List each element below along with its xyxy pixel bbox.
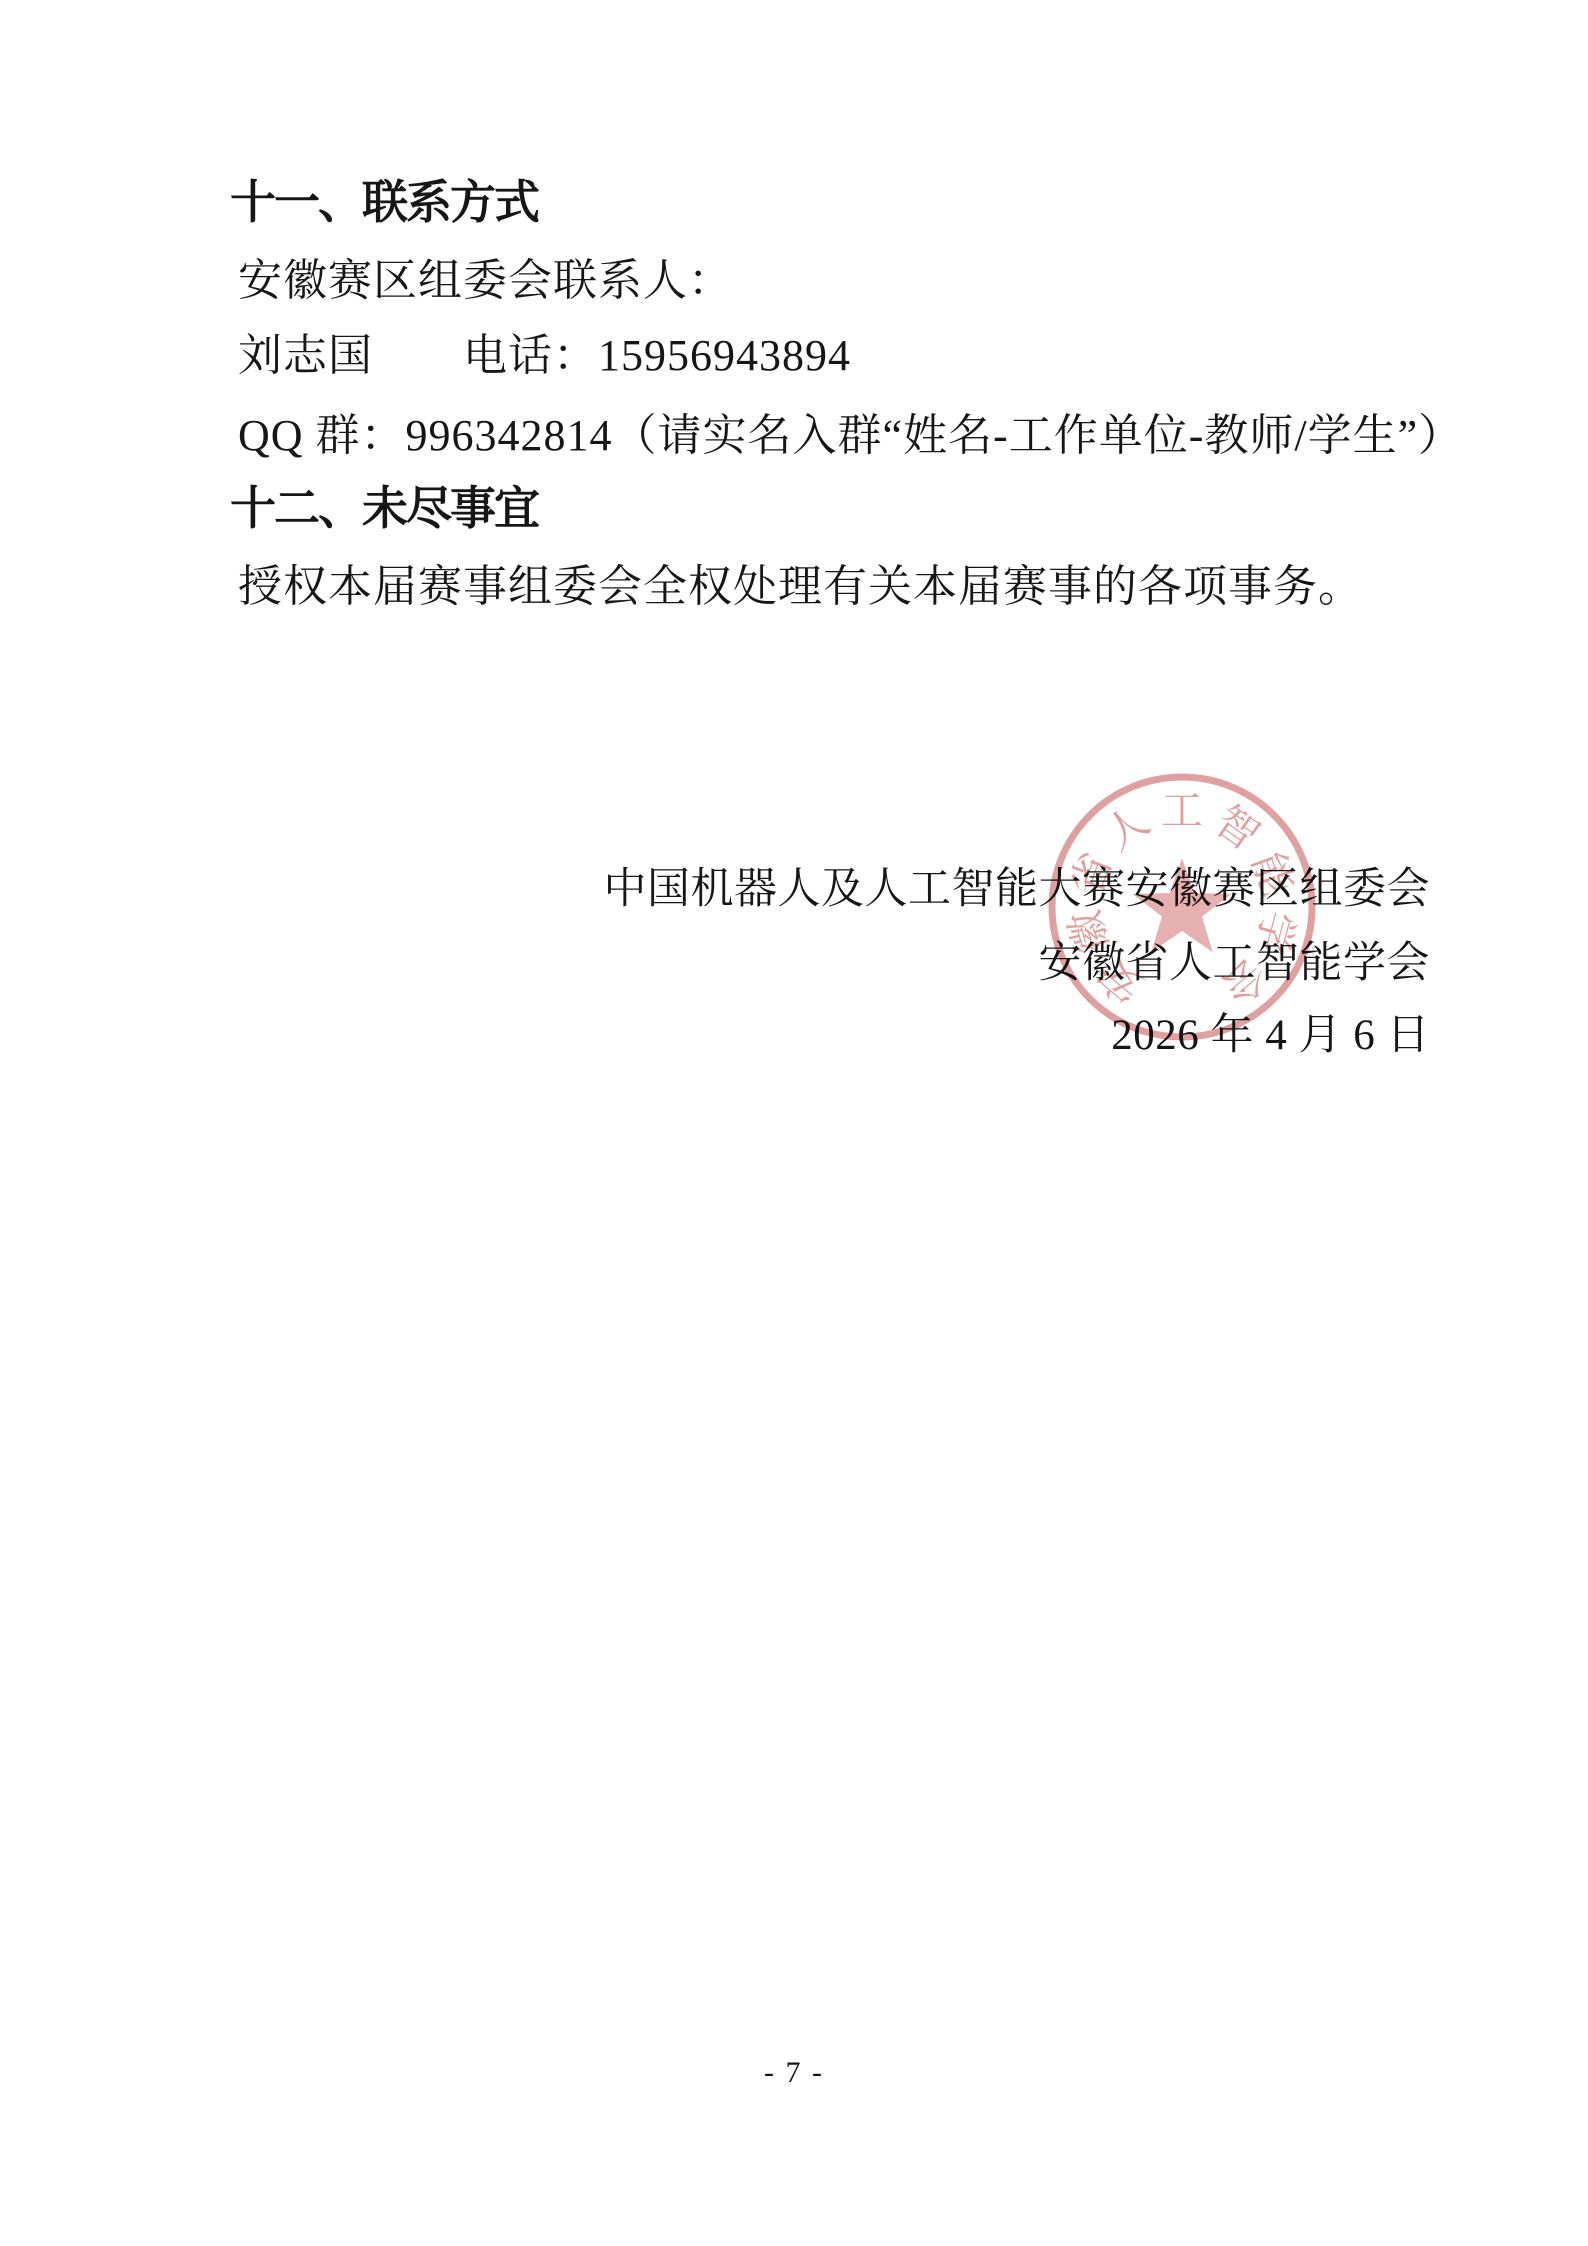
- contact-intro-line: 安徽赛区组委会联系人：: [238, 244, 733, 308]
- contact-phone-line: 刘志国 电话：15956943894: [238, 319, 851, 383]
- seal-ring-char: 智: [1206, 798, 1267, 860]
- contact-qq-line: QQ 群：996342814（请实名入群“姓名-工作单位-教师/学生”）: [238, 399, 1463, 463]
- seal-ring-char: 学: [1246, 905, 1301, 957]
- page-number: - 7 -: [0, 2056, 1588, 2090]
- seal-ring-char: 徽: [1063, 905, 1118, 957]
- seal-ring-char: 工: [1161, 789, 1203, 835]
- seal-ring-char: 省: [1064, 847, 1122, 902]
- section-heading-misc: 十二、未尽事宜: [230, 472, 538, 538]
- section-heading-contact: 十一、联系方式: [230, 166, 538, 232]
- seal-ring-char: 人: [1097, 798, 1158, 860]
- star-icon: [1133, 858, 1232, 952]
- seal-ring-char: 能: [1243, 847, 1302, 903]
- misc-body-line: 授权本届赛事组委会全权处理有关本届赛事的各项事务。: [238, 550, 1363, 614]
- seal-ring-char: 会: [1212, 949, 1274, 1011]
- seal-ring-char: 安: [1090, 949, 1152, 1011]
- document-page: { "sections": [ { "heading": "十一、联系方式", …: [0, 0, 1588, 2246]
- official-seal: 安 徽 省 人 工 智 能 学 会: [1042, 767, 1322, 1047]
